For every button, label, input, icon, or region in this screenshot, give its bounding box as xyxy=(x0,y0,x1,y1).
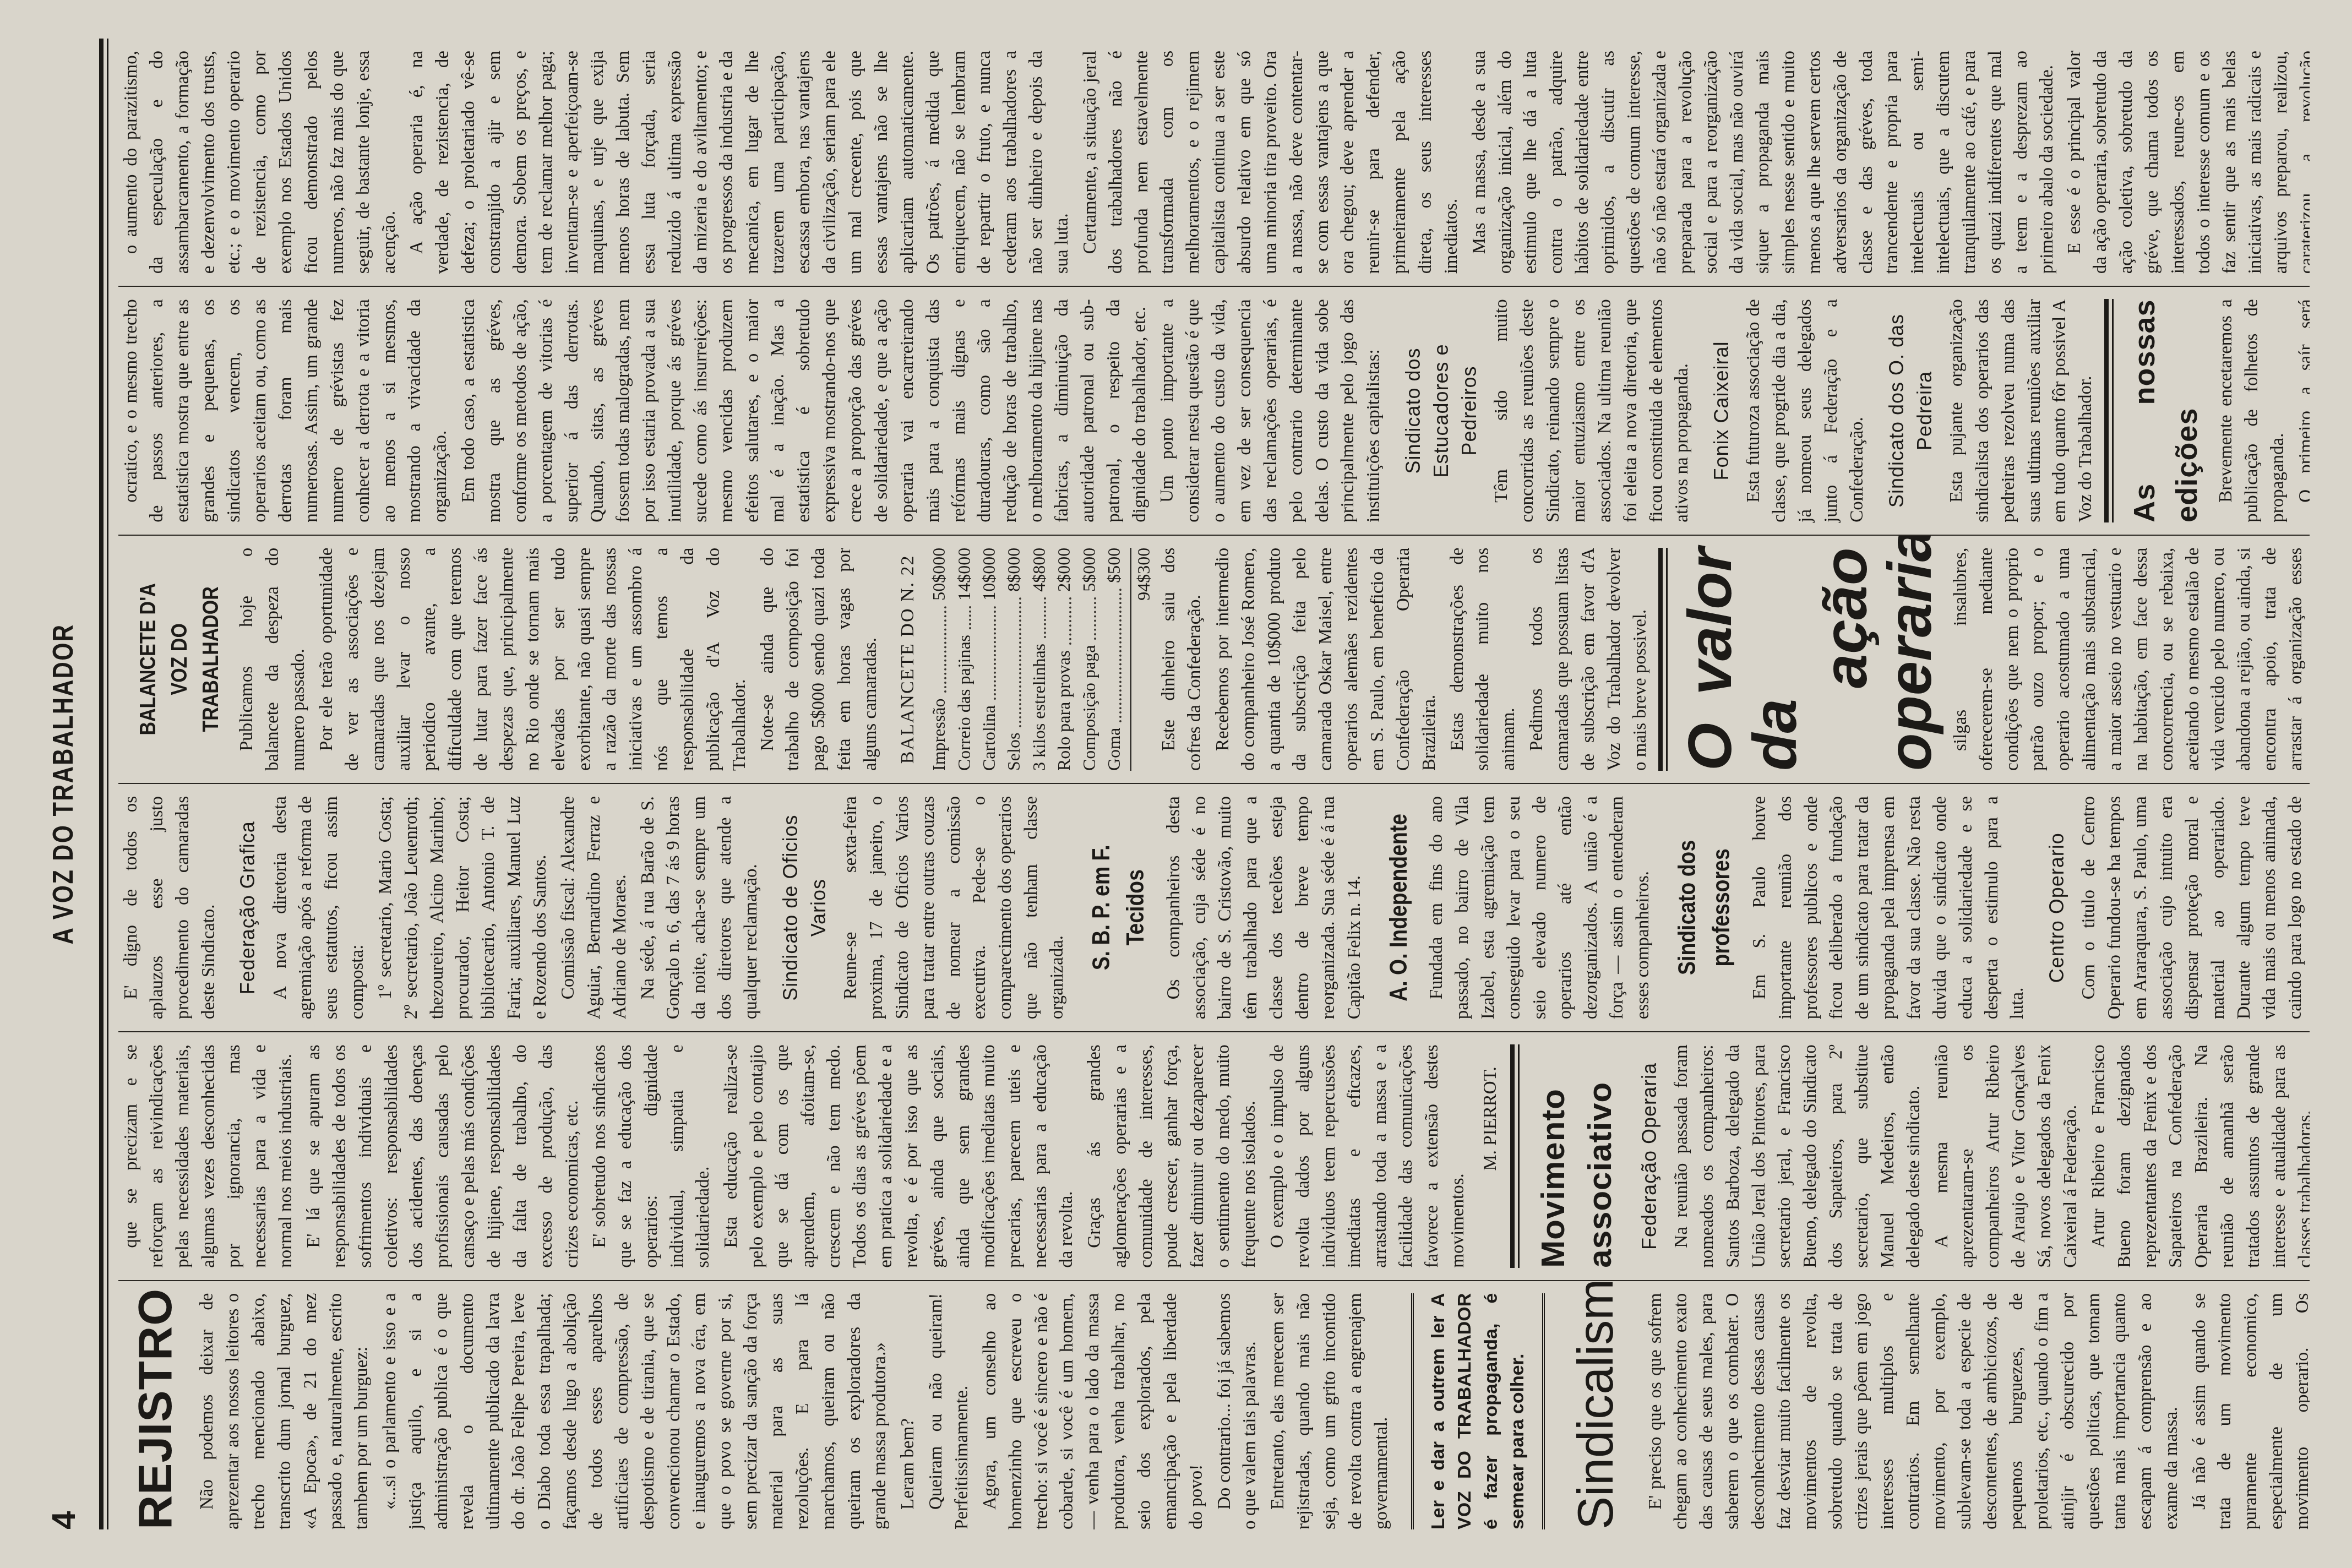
paragraph: Agora, um conselho ao homenzinho que esc… xyxy=(977,1293,1210,1529)
paragraph: Queiram ou não queiram! Perfeitissimamen… xyxy=(923,1293,975,1529)
section-rule xyxy=(1658,548,1668,771)
paragraph: Na séde, á rua Barão de S. Gonçalo n. 6,… xyxy=(635,796,764,1019)
paragraph: Esta educação realiza-se pelo exemplo e … xyxy=(718,1044,1080,1267)
paragraph: silgas insalubres, oferecerem-se mediant… xyxy=(1948,548,2310,771)
newspaper-page: 4 A VOZ DO TRABALHADOR REJISTRO Não pode… xyxy=(0,0,2352,1568)
column-3: E' digno de todos os aplauzos esse justo… xyxy=(118,784,2310,1032)
paragraph: Publicamos hoje o balancete da despeza d… xyxy=(234,548,312,771)
ledger-item: Cartolina xyxy=(977,705,1001,771)
paragraph: Certamente, a situação jeral dos trabalh… xyxy=(1077,51,1464,274)
paragraph: que se precizam e se reforçam as reivind… xyxy=(118,1044,299,1267)
paragraph: Um ponto importante a considerar nesta q… xyxy=(1155,299,1387,522)
paragraph: Com o titulo de Centro Operario fundou-s… xyxy=(2076,796,2310,1019)
newspaper-title: A VOZ DO TRABALHADOR xyxy=(47,624,80,945)
paragraph: E' sobretudo nos sindicatos que se faz a… xyxy=(587,1044,716,1267)
paragraph: Mas a massa, desde a sua organização ini… xyxy=(1467,51,2060,274)
paragraph: Em S. Paulo houve importante reunião dos… xyxy=(1747,796,2030,1019)
ledger-value: 50$000 xyxy=(927,548,951,601)
rejistro-heading: REJISTRO xyxy=(122,1293,189,1529)
paragraph: Os companheiros desta associação, cuja s… xyxy=(1161,796,1368,1019)
ledger-value: $500 xyxy=(1102,548,1126,583)
paragraph: «...si o parlamento e isso e a justiça a… xyxy=(377,1293,893,1529)
paragraph: Têm sido muito concorridas as reuniões d… xyxy=(1489,299,1695,522)
paragraph: Note-se ainda que do trabalho de composi… xyxy=(755,548,884,771)
paragraph: Graças ás grandes aglomerações operarias… xyxy=(1082,1044,1262,1267)
signature: M. PIERROT. xyxy=(1478,1066,1504,1245)
table-row: Cartolina10$000 xyxy=(977,548,1001,771)
paragraph: 1º secretario, Mario Costa; 2º secretari… xyxy=(373,796,553,1019)
movimento-associativo-heading: Movimento associativo xyxy=(1529,1044,1623,1267)
paragraph: A mesma reunião aprezentaram-se os compa… xyxy=(1929,1044,2084,1267)
table-row: Composição paga5$000 xyxy=(1077,548,1102,771)
paragraph: A nova diretoria desta agremiação após a… xyxy=(268,796,371,1019)
ledger-value: 10$000 xyxy=(977,548,1001,601)
paragraph: o aumento do parazitismo, da especulação… xyxy=(118,51,402,274)
banner-headline-line1: O valor da xyxy=(1678,548,1807,771)
ledger-item: Rolo para provas xyxy=(1052,650,1076,771)
subsection-title: Fonix Caixeiral xyxy=(1707,299,1735,522)
paragraph: Reune-se sexta-feira proxima, 17 de jane… xyxy=(838,796,1070,1019)
paragraph: E' digno de todos os aplauzos esse justo… xyxy=(118,796,221,1019)
column-4: BALANCETE D'A VOZ DO TRABALHADOR Publica… xyxy=(118,536,2310,784)
ledger-value: 5$000 xyxy=(1077,548,1102,592)
paragraph: Artur Ribeiro e Francisco Bueno foram de… xyxy=(2086,1044,2310,1267)
column-1: REJISTRO Não podemos deixar de aprezenta… xyxy=(118,1281,2310,1529)
table-row: Impressão50$000 xyxy=(927,548,951,771)
paragraph: Fundada em fins do ano passado, no bairr… xyxy=(1424,796,1656,1019)
paragraph: Por ele terão oportunidade de ver as ass… xyxy=(314,548,753,771)
paragraph: Brevemente encetaremos a publicação de f… xyxy=(2213,299,2291,522)
sindicalismo-heading: Sindicalismo xyxy=(1561,1293,1632,1529)
masthead-rule xyxy=(99,39,108,1529)
ledger-item: Composição paga xyxy=(1077,645,1102,771)
subsection-title: Sindicato dos professores xyxy=(1670,813,1739,1003)
ledger-value: 4$800 xyxy=(1027,548,1052,592)
ledger-item: Selos xyxy=(1001,733,1026,771)
subsection-title: Federação Operaria xyxy=(1635,1044,1663,1267)
subsection-title: Sindicato de Oficios Varios xyxy=(776,796,832,1019)
ledger-item: Impressão xyxy=(927,698,951,771)
nossas-edicoes-heading: As nossas edições xyxy=(2124,299,2208,522)
paragraph: O exemplo e o impulso de revolta dados p… xyxy=(1265,1044,1471,1267)
paragraph: Recebemos por intermedio do companheiro … xyxy=(1210,548,1442,771)
paragraph: Estas demonstrações de solidariedade mui… xyxy=(1445,548,1522,771)
ledger-value: 14$000 xyxy=(952,548,977,601)
table-row: 3 kilos estrelinhas4$800 xyxy=(1027,548,1052,771)
ledger-item: 3 kilos estrelinhas xyxy=(1027,644,1052,771)
table-row: Rolo para provas2$000 xyxy=(1052,548,1076,771)
paragraph: Em todo caso, a estatistica mostra que a… xyxy=(456,299,1152,522)
promo-box: Ler e dar a outrem ler A VOZ DO TRABALHA… xyxy=(1411,1293,1545,1529)
subsection-title: A. O. Independente xyxy=(1382,813,1416,1003)
table-row: Correio das pajinas14$000 xyxy=(952,548,977,771)
balancete-heading: BALANCETE D'A VOZ DO TRABALHADOR xyxy=(133,564,226,754)
ledger-item: Correio das pajinas xyxy=(952,635,977,771)
balance-table: Impressão50$000 Correio das pajinas14$00… xyxy=(927,548,1156,771)
balance-table-title: BALANCETE DO N. 22 xyxy=(895,548,921,771)
paragraph: Comissão fiscal: Alexandre Aguiar, Berna… xyxy=(556,796,633,1019)
photo-background: 4 A VOZ DO TRABALHADOR REJISTRO Não pode… xyxy=(0,0,2352,1568)
column-2: que se precizam e se reforçam as reivind… xyxy=(118,1032,2310,1281)
subsection-title: Sindicato dos O. das Pedreira xyxy=(1882,299,1939,522)
column-6: o aumento do parazitismo, da especulação… xyxy=(118,39,2310,287)
ledger-item: Goma xyxy=(1102,728,1126,771)
masthead: 4 A VOZ DO TRABALHADOR xyxy=(33,39,94,1529)
ledger-value: 2$000 xyxy=(1052,548,1076,592)
paragraph: E esse é o principal valor da ação opera… xyxy=(2062,51,2310,274)
column-5: ocratico, e o mesmo trecho de passos ant… xyxy=(118,287,2310,535)
paragraph: Pedimos todos os camaradas que possuam l… xyxy=(1524,548,1653,771)
paragraph: Esta futuroza associação de classe, que … xyxy=(1741,299,1870,522)
paragraph: O primeiro a saír será composto dos arti… xyxy=(2293,299,2310,522)
subsection-title: Federação Grafica xyxy=(233,796,262,1019)
table-row: Goma$500 xyxy=(1102,548,1126,771)
paragraph: E' lá que se apuram as responsabilidades… xyxy=(301,1044,585,1267)
page-number: 4 xyxy=(45,1463,83,1529)
subsection-title: Centro Operario xyxy=(2043,796,2071,1019)
section-rule xyxy=(2104,299,2114,522)
paragraph: Não podemos deixar de aprezentar aos nos… xyxy=(194,1293,375,1529)
banner-headline-line2: ação operaria xyxy=(1813,548,1942,771)
balance-total: 94$300 xyxy=(1130,548,1156,771)
paragraph: Este dinheiro saiu dos cofres da Confede… xyxy=(1156,548,1208,771)
paragraph: Já não é assim quando se trata de um mov… xyxy=(2187,1293,2310,1529)
paragraph: ocratico, e o mesmo trecho de passos ant… xyxy=(118,299,454,522)
paragraph: Esta pujante organização sindicalista do… xyxy=(1944,299,2099,522)
subsection-title: Sindicato dos Estucadores e Pedreiros xyxy=(1399,299,1483,522)
section-rule xyxy=(1510,1044,1520,1267)
paragraph: A ação operaria é, na verdade, de rezist… xyxy=(404,51,1075,274)
paragraph: E' preciso que os que sofrem chegam ao c… xyxy=(1643,1293,2185,1529)
paragraph: Entretanto, elas merecem ser rejistradas… xyxy=(1265,1293,1394,1529)
ledger-value: 8$000 xyxy=(1001,548,1026,592)
paragraph: Leram bem? xyxy=(895,1293,921,1529)
paragraph: Na reunião passada foram nomeados os com… xyxy=(1669,1044,1927,1267)
subsection-title: S. B. P. em F. Tecidos xyxy=(1085,813,1153,1003)
table-row: Selos8$000 xyxy=(1001,548,1026,771)
paragraph: Do contrario... foi já sabemos o que val… xyxy=(1212,1293,1264,1529)
column-grid: REJISTRO Não podemos deixar de aprezenta… xyxy=(118,39,2310,1529)
